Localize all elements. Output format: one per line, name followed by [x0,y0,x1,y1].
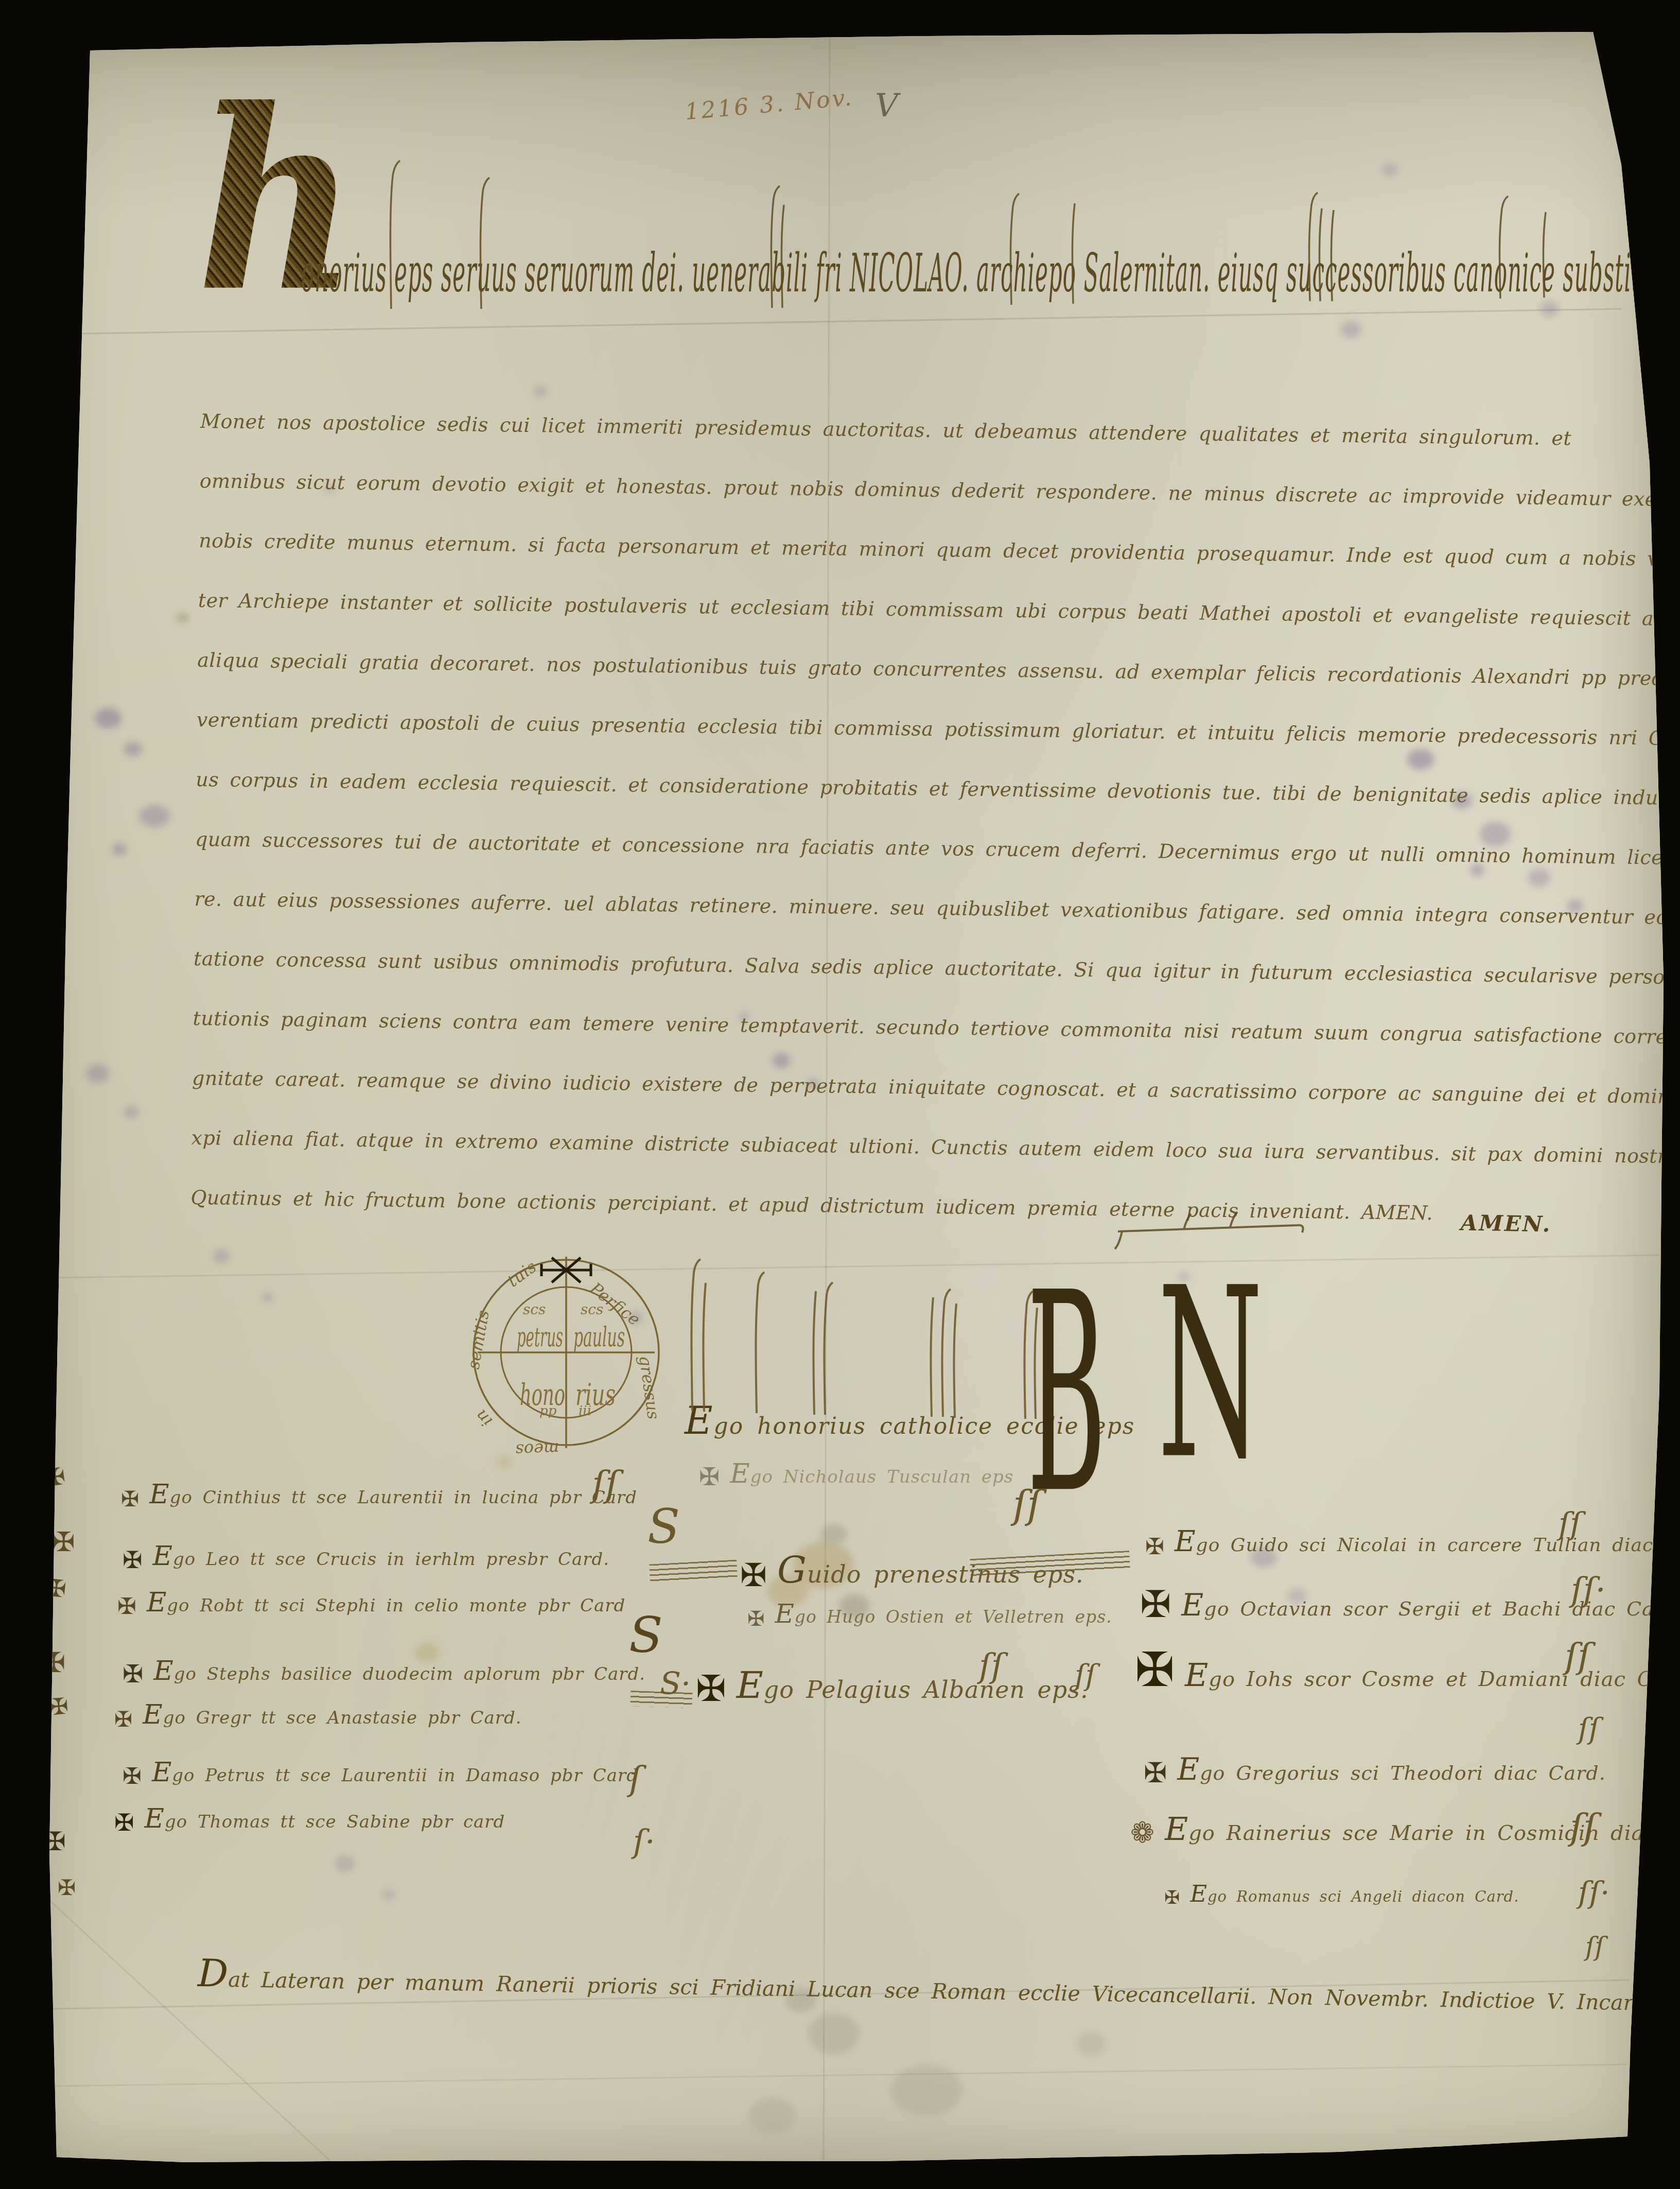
margin-cross-icon: ✠ [43,1462,67,1492]
body-line-final: Quatinus et hic fructum bone actionis pe… [190,1168,1097,1239]
signature-text: Ego Pelagius Albanen eps. [737,1664,1089,1707]
subscripsi-flourish: ſſ [1578,1712,1599,1746]
signature-cross-icon: ✠ [122,1662,143,1687]
archival-mark: V [875,86,898,124]
signature-row: ✠ Ego Pelagius Albanen eps. [696,1664,1089,1707]
subscripsi-flourish: ſſ [1559,1506,1581,1542]
signature-text: Ego Gregr tt sce Anastasie pbr Card. [143,1699,521,1730]
signature-cross-icon: ✠ [1135,1646,1175,1694]
benevalete-letter-n: N [1158,1257,1263,1492]
parchment-sheet: 1216 3. Nov. V h onorius eps seruus seru… [0,0,1680,2189]
signature-cross-icon: ✠ [114,1709,132,1730]
rota-seal: scs scs petrus paulus hono rius pp iii t… [463,1254,669,1460]
margin-cross-icon: ✠ [44,1827,66,1856]
signature-row: ✠ Ego Gregorius sci Theodori diac Card. [1144,1751,1606,1787]
subscripsi-flourish: ſ· [633,1822,655,1860]
signature-cross-icon: ✠ [117,1595,136,1618]
stain-spot [86,1064,109,1083]
subscripsi-flourish: ſſ [1013,1483,1041,1527]
subscripsi-flourish: ſſ [592,1463,619,1505]
signature-text: Ego Romanus sci Angeli diacon Card. [1190,1880,1519,1907]
subscripsi-flourish: ſſ [1565,1636,1590,1677]
stain-spot [124,742,142,756]
signature-text: Ego Iohs scor Cosme et Damiani diac Card [1185,1656,1680,1694]
rota-rim-meos: meos [515,1439,559,1460]
stain-spot [1076,2031,1107,2057]
signature-row: ✠ Ego Gregr tt sce Anastasie pbr Card. [114,1699,522,1730]
signature-row: ✠ Ego Romanus sci Angeli diacon Card. [1164,1880,1519,1907]
signature-row: ✠ Ego Cinthius tt sce Laurentii in lucin… [121,1479,637,1510]
rota-petrus: petrus [517,1322,563,1353]
signature-row: ✠ Ego Hugo Ostien et Velletren eps. [747,1599,1112,1629]
stain-spot [335,1855,355,1872]
subscripsi-flourish: S [629,1606,663,1664]
signature-cross-icon: ✠ [699,1465,720,1489]
signature-text: Ego Gregorius sci Theodori diac Card. [1177,1751,1605,1787]
stain-spot [820,1524,847,1544]
rota-iii: iii [579,1403,591,1419]
signature-text: Ego Thomas tt sce Sabine pbr card [145,1803,505,1834]
subscripsi-flourish: ſſ [1075,1659,1096,1692]
rota-paulus: paulus [573,1322,625,1353]
margin-cross-icon: ✠ [45,1573,67,1603]
signature-cross-icon: ✠ [1145,1536,1164,1558]
subscripsi-flourish: ſſ· [1578,1875,1609,1910]
signature-cross-icon: ✠ [1164,1889,1180,1907]
signature-row: ✠ Ego Thomas tt sce Sabine pbr card [114,1803,505,1834]
subscripsi-flourish: S [647,1499,680,1554]
signature-row: ✠ Ego Nicholaus Tusculan eps [699,1458,1013,1489]
signature-text: Ego Guido sci Nicolai in carcere Tullian… [1175,1525,1680,1558]
signature-row: ✠ Ego Leo tt sce Crucis in ierhlm presbr… [122,1540,609,1572]
subscripsi-flourish: ſſ [1585,1932,1604,1961]
stain-spot [112,843,127,856]
margin-cross-icon: ✠ [48,1693,69,1721]
signature-cross-icon: ✠ [696,1671,726,1707]
stain-spot [95,708,121,728]
header-text: onorius eps seruus seruorum dei. uenerab… [301,242,1680,304]
photograph-of-papal-privilege: 1216 3. Nov. V h onorius eps seruus seru… [0,0,1680,2189]
signature-cross-icon: ✠ [747,1609,765,1629]
bene-valete-monogram: B N [1027,1257,1293,1412]
stain-spot [749,2097,795,2134]
margin-cross-icon: ✠ [42,1646,65,1679]
signature-cross-icon: ✠ [122,1765,142,1788]
dating-clause: Dat Lateran per manum Ranerii prioris sc… [198,1951,1571,2018]
signature-row: ✠ Ego Petrus tt sce Laurentii in Damaso … [122,1757,638,1788]
signature-cross-icon: ✠ [121,1488,139,1510]
stain-spot [261,1292,274,1302]
flourish-lines [649,1560,738,1582]
signature-text: Ego Leo tt sce Crucis in ierhlm presbr C… [153,1540,610,1572]
signature-cross-icon: ✠ [740,1559,767,1591]
stain-spot [381,1888,396,1901]
signature-text: Ego Cinthius tt sce Laurentii in lucina … [149,1479,637,1510]
stain-spot [1341,321,1361,338]
header-elongated-line: onorius eps seruus seruorum dei. uenerab… [301,242,1565,304]
rota-rim-gressus: gressus [635,1354,663,1421]
signature-cross-icon: ✠ [1140,1586,1171,1623]
signature-text: Ego Stephs basilice duodecim aplorum pbr… [153,1655,645,1687]
stain-spot [177,613,189,623]
signature-text: Ego Robt tt sci Stephi in celio monte pb… [147,1587,625,1618]
stain-spot [139,805,170,827]
stain-spot [1381,163,1398,177]
stain-spot [890,2064,962,2116]
signature-text: Ego Petrus tt sce Laurentii in Damaso pb… [152,1757,638,1788]
signature-row: ✠ Ego Guido sci Nicolai in carcere Tulli… [1145,1525,1680,1558]
archival-date-note: 1216 3. Nov. [684,84,854,125]
margin-cross-icon: ✠ [58,1875,76,1900]
stain-spot [213,1249,230,1263]
privilege-text-block: Monet nos apostolice sedis cui licet imm… [190,391,1572,1244]
rota-scs-left: scs [523,1301,546,1318]
stain-spot [124,1106,139,1118]
signature-cross-icon: ✠ [114,1811,134,1834]
subscripsi-flourish: ſſ [1570,1806,1597,1848]
signature-text: Ego Hugo Ostien et Velletren eps. [775,1599,1112,1629]
signature-row: ❁ Ego Rainerius sce Marie in Cosmidin di… [1130,1810,1680,1848]
signature-cross-icon: ✠ [122,1548,143,1572]
signature-text: Ego Rainerius sce Marie in Cosmidin diac… [1165,1810,1680,1848]
subscripsi-flourish: ſſ [979,1647,1003,1686]
amen-right: AMEN. [1461,1210,1552,1237]
stain-spot [808,2013,860,2054]
rota-pp: pp [539,1403,557,1419]
margin-cross-icon: ✠ [52,1527,75,1558]
signature-text: Ego Nicholaus Tusculan eps [730,1458,1013,1489]
subscripsi-flourish: ſ [629,1759,641,1798]
signature-cross-icon: ✠ [1144,1759,1167,1787]
rota-rim-tuis: tuis [503,1257,540,1291]
subscription-ascender-strokes [691,1259,1037,1419]
flourish-lines [631,1691,693,1708]
signature-row: ✠ Ego Iohs scor Cosme et Damiani diac Ca… [1135,1646,1680,1694]
signature-row: ✠ Ego Robt tt sci Stephi in celio monte … [117,1587,625,1618]
signature-row: ✠ Ego Stephs basilice duodecim aplorum p… [122,1655,645,1687]
subscripsi-flourish: ſſ· [1571,1571,1606,1609]
rota-rim-semitis: semitis [463,1309,493,1370]
rosette-cross-icon: ❁ [1130,1819,1154,1848]
